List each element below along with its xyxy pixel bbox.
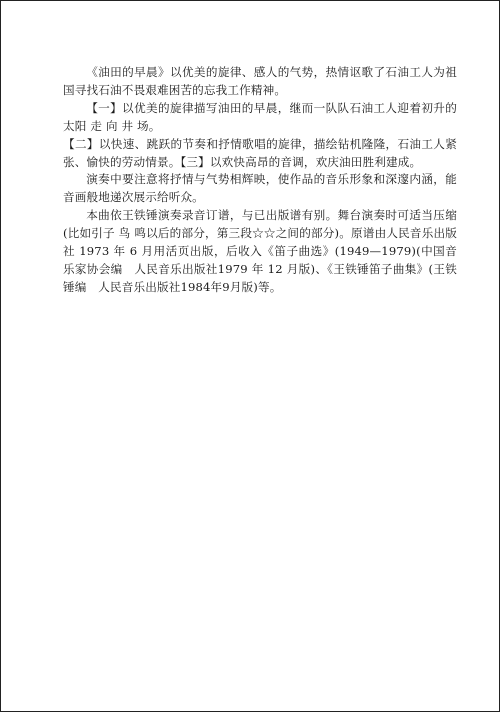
document-page: 《油田的早晨》以优美的旋律、感人的气势，热情讴歌了石油工人为祖国寻找石油不畏艰难… bbox=[0, 0, 500, 712]
document-body: 《油田的早晨》以优美的旋律、感人的气势，热情讴歌了石油工人为祖国寻找石油不畏艰难… bbox=[63, 64, 457, 297]
paragraph-section-one: 【一】以优美的旋律描写油田的早晨，继而一队队石油工人迎着初升的太阳 走 向 井 … bbox=[63, 100, 457, 136]
paragraph-performance-notes: 演奏中要注意将抒情与气势相辉映，使作品的音乐形象和深邃内涵，能音画般地递次展示给… bbox=[63, 171, 457, 207]
paragraph-source-notes: 本曲依王铁锤演奏录音订谱，与已出版谱有别。舞台演奏时可适当压缩(比如引子 鸟 鸣… bbox=[63, 207, 457, 297]
paragraph-section-two-three: 【二】以快速、跳跃的节奏和抒情歌唱的旋律，描绘钻机隆隆，石油工人紧张、愉快的劳动… bbox=[63, 136, 457, 172]
paragraph-intro: 《油田的早晨》以优美的旋律、感人的气势，热情讴歌了石油工人为祖国寻找石油不畏艰难… bbox=[63, 64, 457, 100]
